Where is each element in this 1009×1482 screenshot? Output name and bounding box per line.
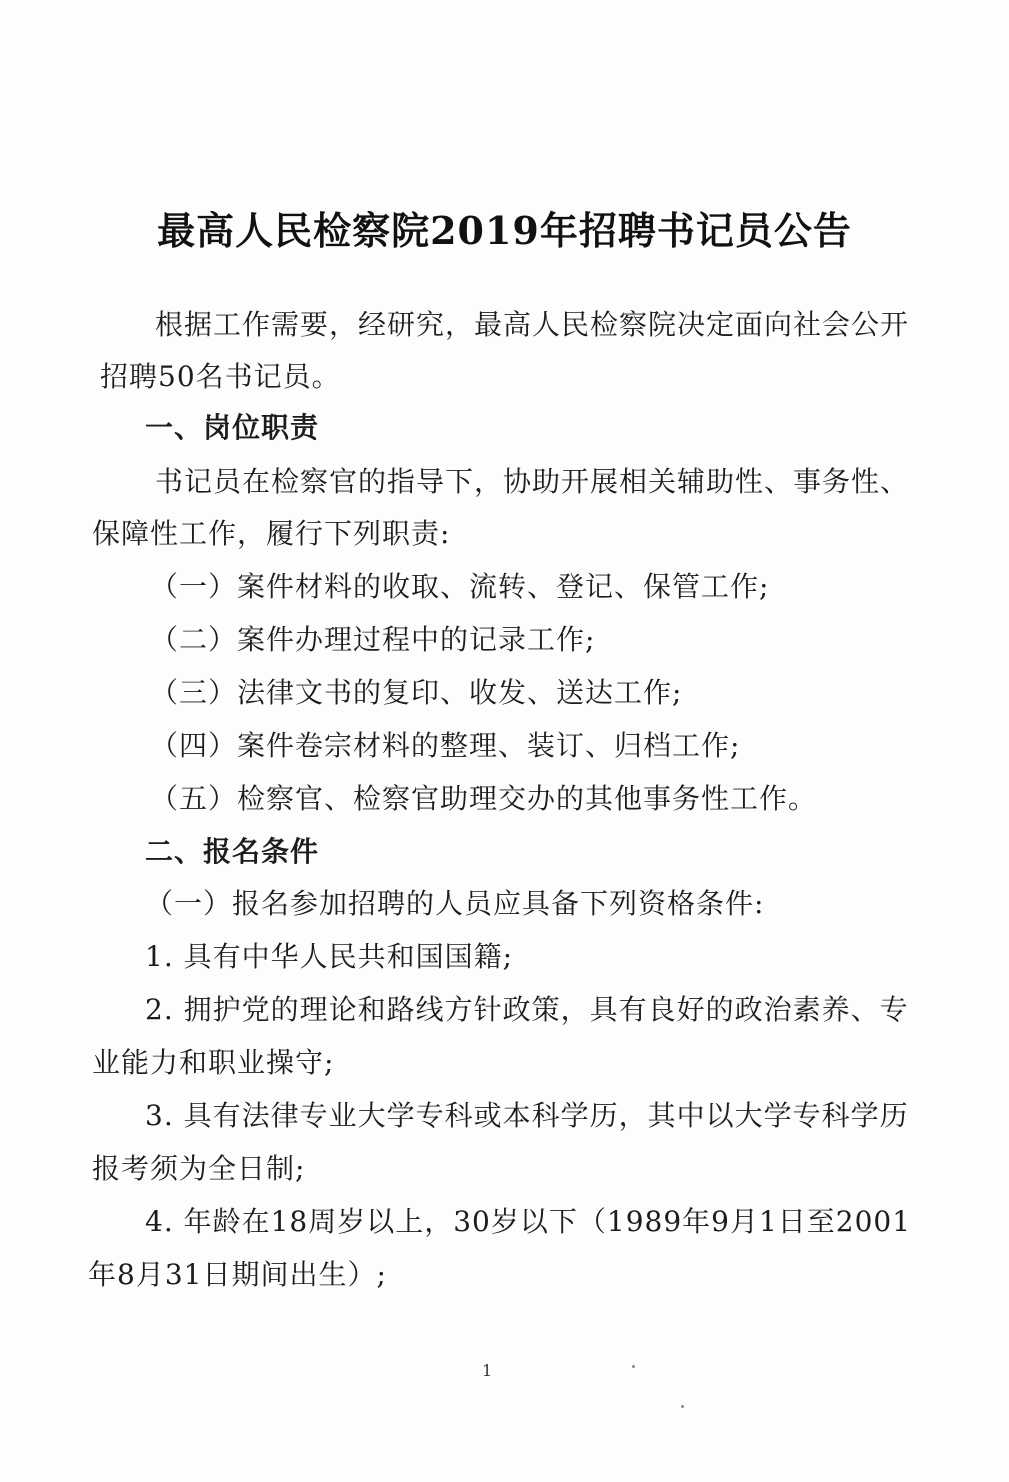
duty-item-2: （二）案件办理过程中的记录工作; [150, 620, 595, 660]
requirement-item-4-line-1: 4. 年龄在18周岁以上，30岁以下（1989年9月1日至2001 [145, 1202, 911, 1242]
document-page: 最高人民检察院2019年招聘书记员公告 根据工作需要，经研究，最高人民检察院决定… [0, 0, 1009, 1482]
requirement-item-2-line-2: 业能力和职业操守; [92, 1043, 334, 1083]
page-number: 1 [482, 1361, 492, 1380]
duty-item-1: （一）案件材料的收取、流转、登记、保管工作; [150, 567, 769, 607]
paragraph-intro-line-2: 招聘50名书记员。 [100, 357, 341, 397]
duty-item-5: （五）检察官、检察官助理交办的其他事务性工作。 [150, 779, 817, 819]
requirements-subheading: （一）报名参加招聘的人员应具备下列资格条件: [145, 884, 764, 924]
requirement-item-1: 1. 具有中华人民共和国国籍; [145, 937, 513, 977]
duty-item-4: （四）案件卷宗材料的整理、装订、归档工作; [150, 726, 740, 766]
paragraph-duties-line-1: 书记员在检察官的指导下，协助开展相关辅助性、事务性、 [155, 462, 909, 502]
scan-speck [632, 1365, 635, 1368]
document-title: 最高人民检察院2019年招聘书记员公告 [0, 203, 1009, 259]
paragraph-duties-line-2: 保障性工作，履行下列职责: [92, 514, 450, 554]
duty-item-3: （三）法律文书的复印、收发、送达工作; [150, 673, 682, 713]
section-heading-duties: 一、岗位职责 [145, 408, 319, 448]
requirement-item-2-line-1: 2. 拥护党的理论和路线方针政策，具有良好的政治素养、专 [145, 990, 909, 1030]
requirement-item-3-line-2: 报考须为全日制; [92, 1149, 305, 1189]
paragraph-intro-line-1: 根据工作需要，经研究，最高人民检察院决定面向社会公开 [155, 305, 909, 345]
scan-speck [681, 1405, 684, 1408]
requirement-item-4-line-2: 年8月31日期间出生）; [88, 1255, 387, 1295]
requirement-item-3-line-1: 3. 具有法律专业大学专科或本科学历，其中以大学专科学历 [145, 1096, 909, 1136]
section-heading-requirements: 二、报名条件 [145, 832, 319, 872]
